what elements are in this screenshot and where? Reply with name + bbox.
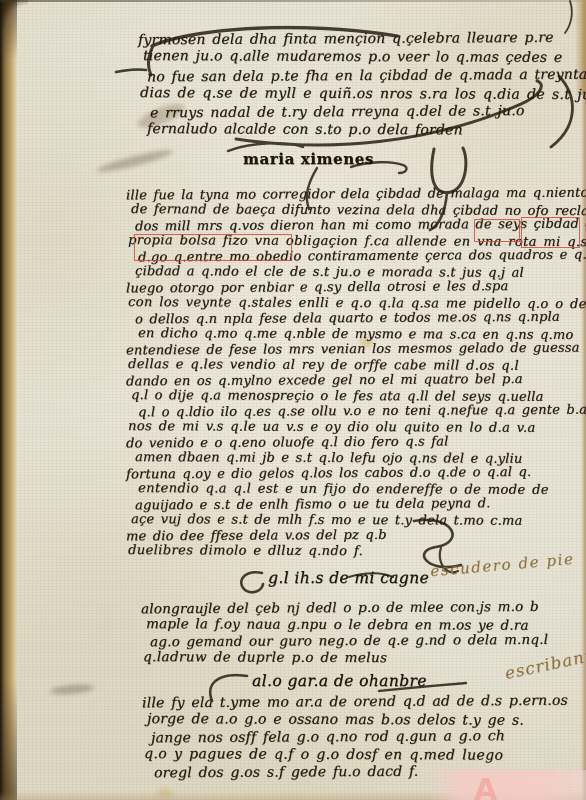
manuscript-line: q.l o q.ldio ilo q.es q.se ollu v.o e no… [138, 403, 578, 421]
entry-heading-maria-ximenes: maria ximenes [243, 150, 374, 168]
entry-heading-2: g.l ih.s de mi cagne [268, 569, 429, 587]
red-annotation-box-cibdad [474, 219, 520, 242]
paper-stain [158, 789, 172, 797]
manuscript-line: alongraujle del çeb nj dedl o p.o de mle… [141, 599, 571, 618]
manuscript-line: ille fy ela t.yme mo ar.a de orend q.d a… [142, 693, 582, 713]
entry3-body-paragraph: ille fy ela t.yme mo ar.a de orend q.d a… [142, 694, 582, 782]
manuscript-line: entendiese de fese los mrs venian los me… [126, 341, 578, 359]
manuscript-line: ag.o gemand our guro neg.o de q.e g.nd o… [150, 632, 571, 651]
watermark-letter: A [474, 773, 497, 800]
red-annotation-box-right-margin [521, 217, 580, 248]
scan-top-edge [0, 0, 586, 2]
archive-watermark: A [428, 770, 586, 800]
entry2-body-paragraph: alongraujle del çeb nj dedl o p.o de mle… [141, 600, 571, 666]
manuscript-line: jange nos osff fela g.o q.no rod q.gun a… [151, 728, 582, 748]
manuscript-line: fortuna q.oy e dio gelos q.los los cabos… [126, 465, 578, 483]
manuscript-line: o dellos q.n npla fese dela quarto e tod… [135, 310, 578, 328]
manuscript-line: tienen ju.o q.alle mudaremos p.o veer lo… [143, 47, 583, 67]
manuscript-line: dando en os q.mylno excede gel no el mi … [126, 372, 578, 390]
entry-heading-3: al.o gar.a de ohanbre [252, 672, 427, 690]
manuscript-line: aguijado e s.t de enlh fismo o ue tu del… [135, 496, 578, 514]
book-binding-edge [0, 0, 17, 800]
manuscript-line: me dio dee ffese dela v.os del pz q.b [126, 527, 578, 545]
page-corner-shadow [0, 0, 28, 28]
manuscript-line: no fue san dela p.te fha en la çibdad de… [147, 65, 583, 86]
red-annotation-box-propia-bolsa [134, 234, 292, 261]
intro-paragraph: fyrmosen dela dha finta mençion q.çelebr… [138, 30, 583, 140]
manuscript-scan: fyrmosen dela dha finta mençion q.çelebr… [0, 0, 586, 800]
manuscript-line: luego otorgo por enbiar e q.sy della otr… [126, 279, 578, 297]
manuscript-line: ille fue la tyna mo corregidor dela çibd… [126, 186, 578, 204]
manuscript-line: fernaludo alcalde con s.to p.o dela ford… [147, 121, 583, 141]
manuscript-line: do venido e o q.eno oluofe q.l dio fero … [126, 434, 578, 452]
